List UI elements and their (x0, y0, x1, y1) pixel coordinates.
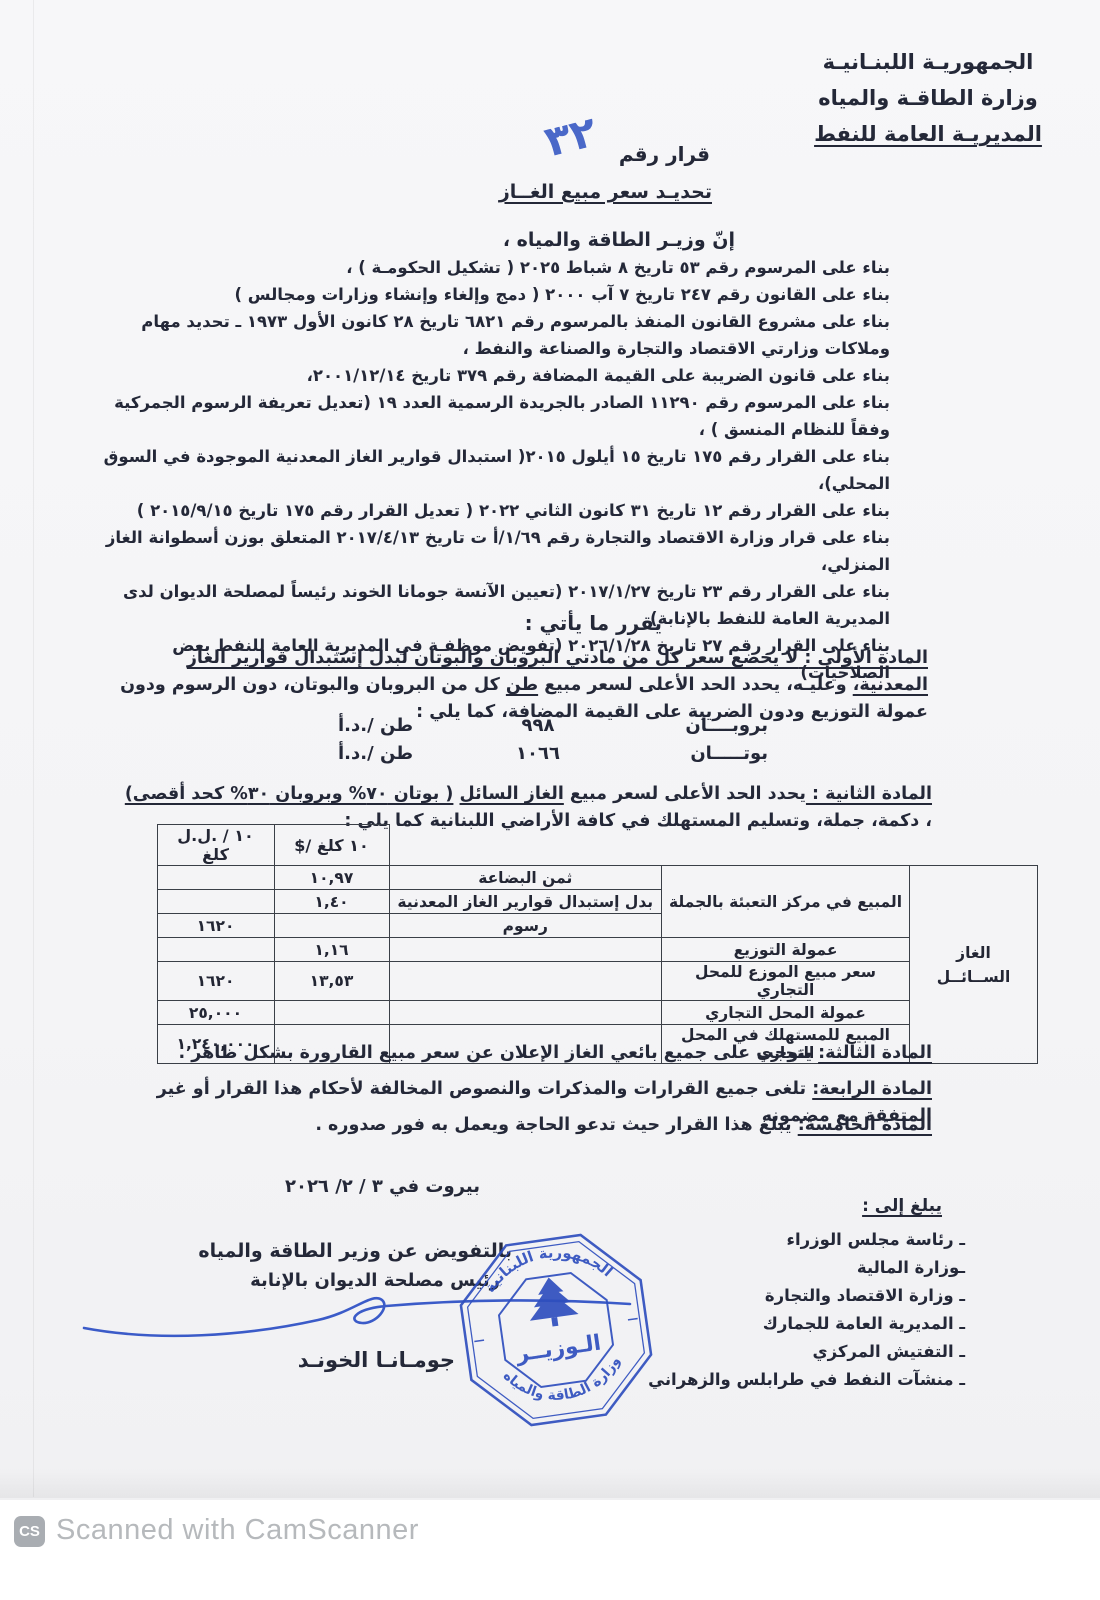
price-unit: د.أ.‎/ طن (338, 712, 448, 740)
camscanner-icon: CS (14, 1516, 45, 1547)
side-label-line1: الغاز (916, 941, 1031, 965)
distribution-list: ـ رئاسة مجلس الوزراء ـوزارة المالية ـ وز… (648, 1226, 965, 1394)
ll-value (157, 866, 274, 890)
distribution-item: ـ المديرية العامة للجمارك (648, 1310, 965, 1338)
recital-item: بناء على القرار رقم ١٧٥ تاريخ ١٥ أيلول ٢… (95, 443, 890, 497)
recitals-list: بناء على المرسوم رقم ٥٣ تاريخ ٨ شباط ٢٠٢… (95, 254, 890, 686)
cedar-tree-icon (524, 1274, 579, 1329)
stamp-right-tick (628, 1319, 638, 1320)
recital-item: بناء على القرار رقم ١٢ تاريخ ٣١ كانون ال… (95, 497, 890, 524)
ministry-octagonal-stamp: الجمهورية اللبنانية الـوزيــر وزارة الطا… (434, 1208, 678, 1452)
table-row-goods-price: الغاز الســائــل المبيع في مركز التعبئة … (157, 866, 1038, 890)
decision-number-handwritten: ٣٢ (540, 107, 602, 167)
camscanner-watermark-text: Scanned with CamScanner (56, 1514, 419, 1547)
camscanner-footer: CS Scanned with CamScanner (0, 1500, 1100, 1600)
usd-value: ١٣,٥٣ (274, 962, 389, 1001)
usd-value (274, 914, 389, 938)
letterhead-directorate: المديريـة العامة للنفط (782, 116, 1074, 152)
empty-sub-cell (389, 938, 662, 962)
column-header-usd-per-10kg: $/ ١٠ كلغ (274, 825, 389, 866)
scanned-document-page: الجمهوريـة اللبنـانيـة وزارة الطاقـة وال… (0, 0, 1100, 1600)
recital-item: بناء على المرسوم رقم ١١٢٩٠ الصادر بالجري… (95, 389, 890, 443)
distribution-item: ـ رئاسة مجلس الوزراء (648, 1226, 965, 1254)
article-4-title: المادة الرابعة: (812, 1079, 932, 1099)
price-value: ١٠٦٦ (448, 740, 628, 768)
recital-item: بناء على القانون رقم ٢٤٧ تاريخ ٧ آب ٢٠٠٠… (95, 281, 890, 308)
place-and-date: بيروت في ٣ / ٢/ ٢٠٢٦ (285, 1176, 480, 1197)
header-spacer (662, 825, 910, 866)
distribution-title: يبلغ إلى : (862, 1196, 942, 1216)
scan-shadow-band (0, 1468, 1100, 1498)
empty-sub-cell (389, 1001, 662, 1025)
ll-value: ٢٥,٠٠٠ (157, 1001, 274, 1025)
column-header-ll-per-10kg: ل.ل.‎ / ١٠ كلغ (157, 825, 274, 866)
row-label: ثمن البضاعة (389, 866, 662, 890)
recital-item: بناء على المرسوم رقم ٥٣ تاريخ ٨ شباط ٢٠٢… (95, 254, 890, 281)
usd-value: ١,٤٠ (274, 890, 389, 914)
row-label: سعر مبيع الموزع للمحل التجاري (662, 962, 910, 1001)
article-2-emph2: ( بوتان ٧٠% وبروبان ٣٠% كحد أقصى) (125, 784, 454, 804)
recital-item: بناء على مشروع القانون المنفذ بالمرسوم ر… (95, 308, 890, 362)
recital-item: بناء على قانون الضريبة على القيمة المضاف… (95, 362, 890, 389)
decision-subject: تحديـد سعر مبيع الغــاز (499, 181, 712, 203)
article-2-emph1: الغاز السائل (460, 784, 564, 804)
letterhead: الجمهوريـة اللبنـانيـة وزارة الطاقـة وال… (782, 44, 1074, 152)
stamp-left-tick (474, 1340, 484, 1341)
article-5: المادة الخامسة: يبلغ هذا القرار حيث تدعو… (112, 1112, 932, 1139)
decision-number-label: قرار رقم (619, 142, 710, 166)
table-row-shop-commission: عمولة المحل التجاري ٢٥,٠٠٠ (157, 1001, 1038, 1025)
article-1-middle: وعليـه، يحدد الحد الأعلى لسعر مبيع (538, 675, 853, 695)
row-label: بدل إستبدال قوارير الغاز المعدنية (389, 890, 662, 914)
stamp-center-text: الـوزيــر (514, 1331, 603, 1368)
table-row-distributor-sale-price: سعر مبيع الموزع للمحل التجاري ١٣,٥٣ ١٦٢٠ (157, 962, 1038, 1001)
ll-value: ١٦٢٠ (157, 914, 274, 938)
article-1-ton: طن (506, 675, 538, 695)
usd-value (274, 1001, 389, 1025)
article-3: المادة الثالثة: يتوجب على جميع بائعي الغ… (112, 1040, 932, 1067)
price-name: بوتـــــان (628, 740, 768, 768)
article-3-text: يتوجب على جميع بائعي الغاز الإعلان عن سع… (178, 1043, 818, 1063)
letterhead-republic: الجمهوريـة اللبنـانيـة (782, 44, 1074, 80)
empty-sub-cell (389, 962, 662, 1001)
usd-value: ١٠,٩٧ (274, 866, 389, 890)
ll-value (157, 890, 274, 914)
article-5-text: يبلغ هذا القرار حيث تدعو الحاجة ويعمل به… (315, 1115, 797, 1135)
letterhead-ministry: وزارة الطاقـة والمياه (782, 80, 1074, 116)
row-label: عمولة التوزيع (662, 938, 910, 962)
price-value: ٩٩٨ (448, 712, 628, 740)
decree-line: يقرر ما يأتي : (525, 611, 662, 635)
scan-crease-line (33, 0, 34, 1497)
row-label: عمولة المحل التجاري (662, 1001, 910, 1025)
article-5-title: المادة الخامسة: (798, 1115, 932, 1135)
ton-price-list: بروبــــان ٩٩٨ د.أ.‎/ طن بوتـــــان ١٠٦٦… (332, 712, 768, 768)
side-label-liquid-gas: الغاز الســائــل (910, 866, 1038, 1064)
liquid-gas-price-table: $/ ١٠ كلغ ل.ل.‎ / ١٠ كلغ الغاز الســائــ… (157, 824, 1039, 1064)
article-1-title: المادة الأولى : (798, 648, 928, 668)
distribution-item: ـوزارة المالية (648, 1254, 965, 1282)
price-name: بروبــــان (628, 712, 768, 740)
price-unit: د.أ.‎/ طن (338, 740, 448, 768)
article-2-p1: يحدد الحد الأعلى لسعر مبيع (564, 784, 806, 804)
table-row-distribution-commission: عمولة التوزيع ١,١٦ (157, 938, 1038, 962)
table-header-row: $/ ١٠ كلغ ل.ل.‎ / ١٠ كلغ (157, 825, 1038, 866)
group-label-wholesale-filling-center: المبيع في مركز التعبئة بالجملة (662, 866, 910, 938)
distribution-item: ـ وزارة الاقتصاد والتجارة (648, 1282, 965, 1310)
header-spacer (910, 825, 1038, 866)
distribution-item: ـ منشآت النفط في طرابلس والزهراني (648, 1366, 965, 1394)
row-label: رسوم (389, 914, 662, 938)
article-3-title: المادة الثالثة: (818, 1043, 932, 1063)
ll-value: ١٦٢٠ (157, 962, 274, 1001)
usd-value: ١,١٦ (274, 938, 389, 962)
side-label-line2: الســائــل (916, 965, 1031, 989)
article-2-title: المادة الثانية : (806, 784, 932, 804)
distribution-item: ـ التفتيش المركزي (648, 1338, 965, 1366)
recital-item: بناء على القرار رقم ٢٣ تاريخ ٢٠١٧/١/٢٧ (… (95, 578, 890, 632)
preamble-intro: إنّ وزيـر الطاقة والمياه ، (503, 229, 735, 251)
header-spacer (389, 825, 662, 866)
price-row-butane: بوتـــــان ١٠٦٦ د.أ.‎/ طن (332, 740, 768, 768)
signer-name: جومـانـا الخونـد (298, 1348, 455, 1372)
price-row-propane: بروبــــان ٩٩٨ د.أ.‎/ طن (332, 712, 768, 740)
ll-value (157, 938, 274, 962)
recital-item: بناء على قرار وزارة الاقتصاد والتجارة رق… (95, 524, 890, 578)
